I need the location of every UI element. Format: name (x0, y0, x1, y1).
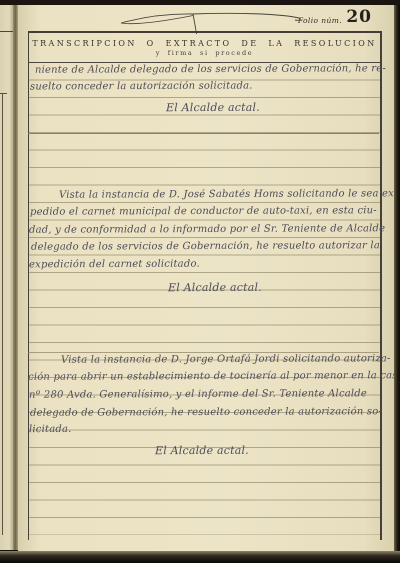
handwritten-line: expedición del carnet solicitado. (29, 259, 200, 271)
signature-line: El Alcalde actal. (166, 101, 260, 114)
handwritten-line: delegado de Gobernación, he resuelto con… (30, 406, 382, 419)
signature-line: El Alcalde actal. (155, 444, 249, 457)
handwritten-line: Vista la instancia de D. Jorge Ortafá Jo… (61, 353, 391, 365)
facing-page-edge (0, 5, 13, 550)
facing-page-margin-line (2, 93, 3, 535)
handwritten-line: pedido el carnet municipal de conductor … (30, 205, 377, 218)
scan-edge-bottom (0, 551, 400, 563)
header-subtitle: y firma si procede (29, 49, 380, 57)
scanned-document: Folio núm. 20 TRANSCRIPCION O EXTRACTO D… (0, 0, 400, 563)
box-header: TRANSCRIPCION O EXTRACTO DE LA RESOLUCIO… (29, 33, 380, 63)
handwritten-line: suelto conceder la autorización solicita… (30, 81, 253, 93)
section-rule (28, 133, 379, 134)
handwritten-line: nº 280 Avda. Generalísimo, y el informe … (29, 388, 367, 400)
signature-line: El Alcalde actal. (168, 281, 262, 294)
handwritten-line: dad, y de conformidad a lo informado por… (29, 223, 385, 236)
scan-edge-top (0, 0, 400, 5)
handwritten-line: ción para abrir un establecimiento de to… (28, 370, 400, 383)
document-page: Folio núm. 20 TRANSCRIPCION O EXTRACTO D… (18, 5, 394, 551)
handwritten-line: Vista la instancia de D. José Sabatés Ho… (59, 188, 397, 200)
scan-edge-right (394, 5, 400, 551)
handwritten-line: delegado de los servicios de Gobernación… (31, 240, 380, 253)
handwritten-line: licitada. (29, 424, 72, 435)
header-title: TRANSCRIPCION O EXTRACTO DE LA RESOLUCIO… (29, 33, 380, 48)
facing-page-border-line (0, 31, 13, 32)
handwritten-line: niente de Alcalde delegado de los servic… (35, 63, 386, 76)
